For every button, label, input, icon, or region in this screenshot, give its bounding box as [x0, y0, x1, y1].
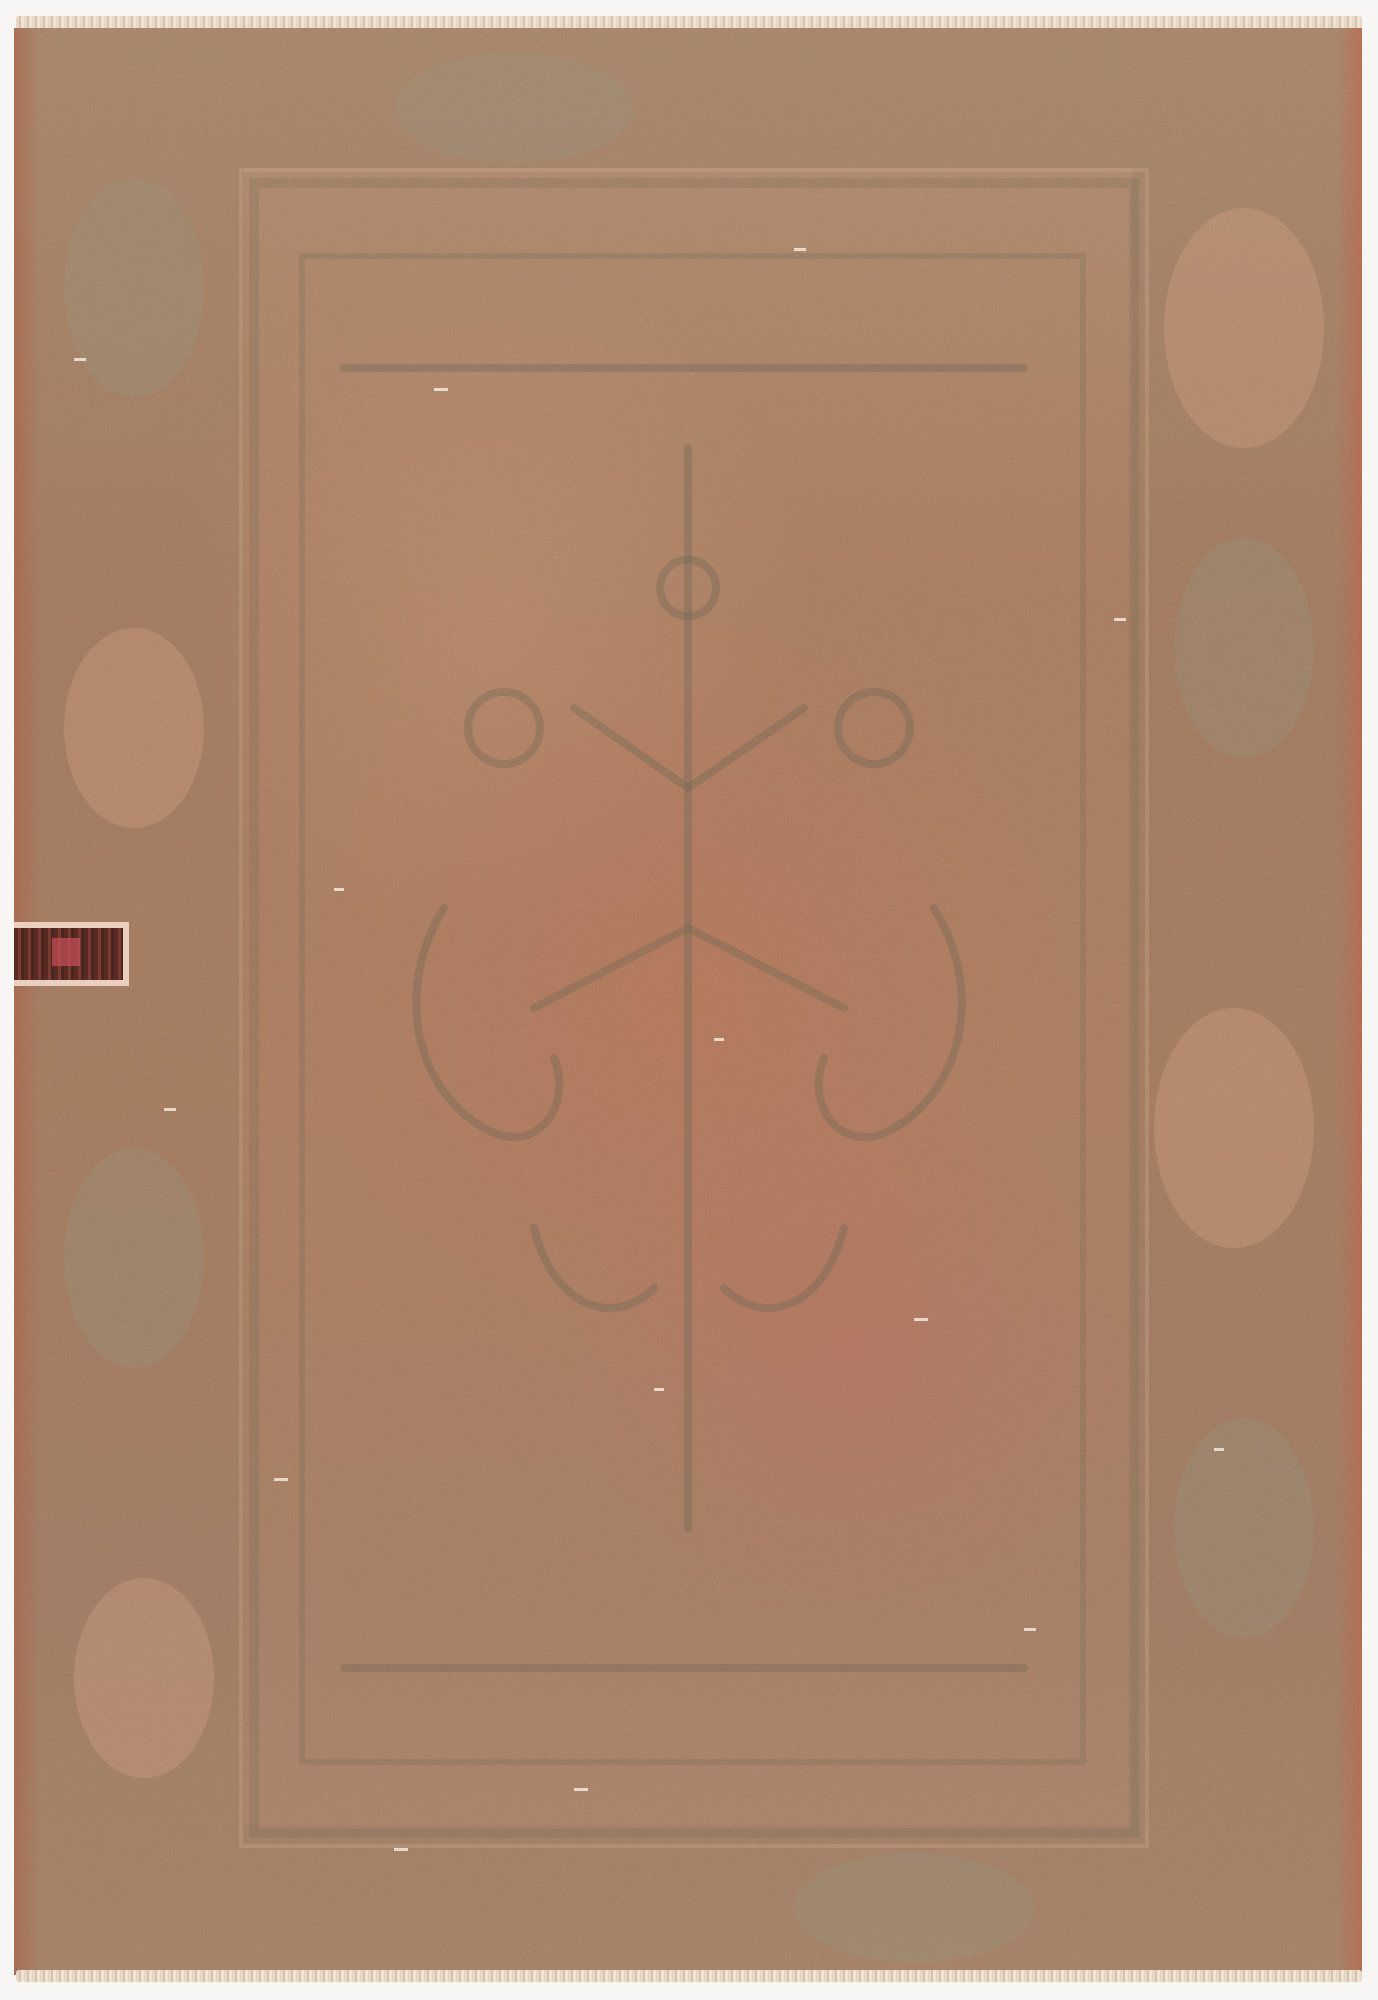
rug — [14, 28, 1362, 1975]
rug-repair-patch — [14, 922, 129, 986]
rug-right-selvage — [1336, 28, 1362, 1975]
rug-fringe-bottom — [16, 1970, 1362, 1982]
rug-left-selvage — [14, 28, 40, 1975]
rug-pile-texture — [14, 28, 1362, 1975]
